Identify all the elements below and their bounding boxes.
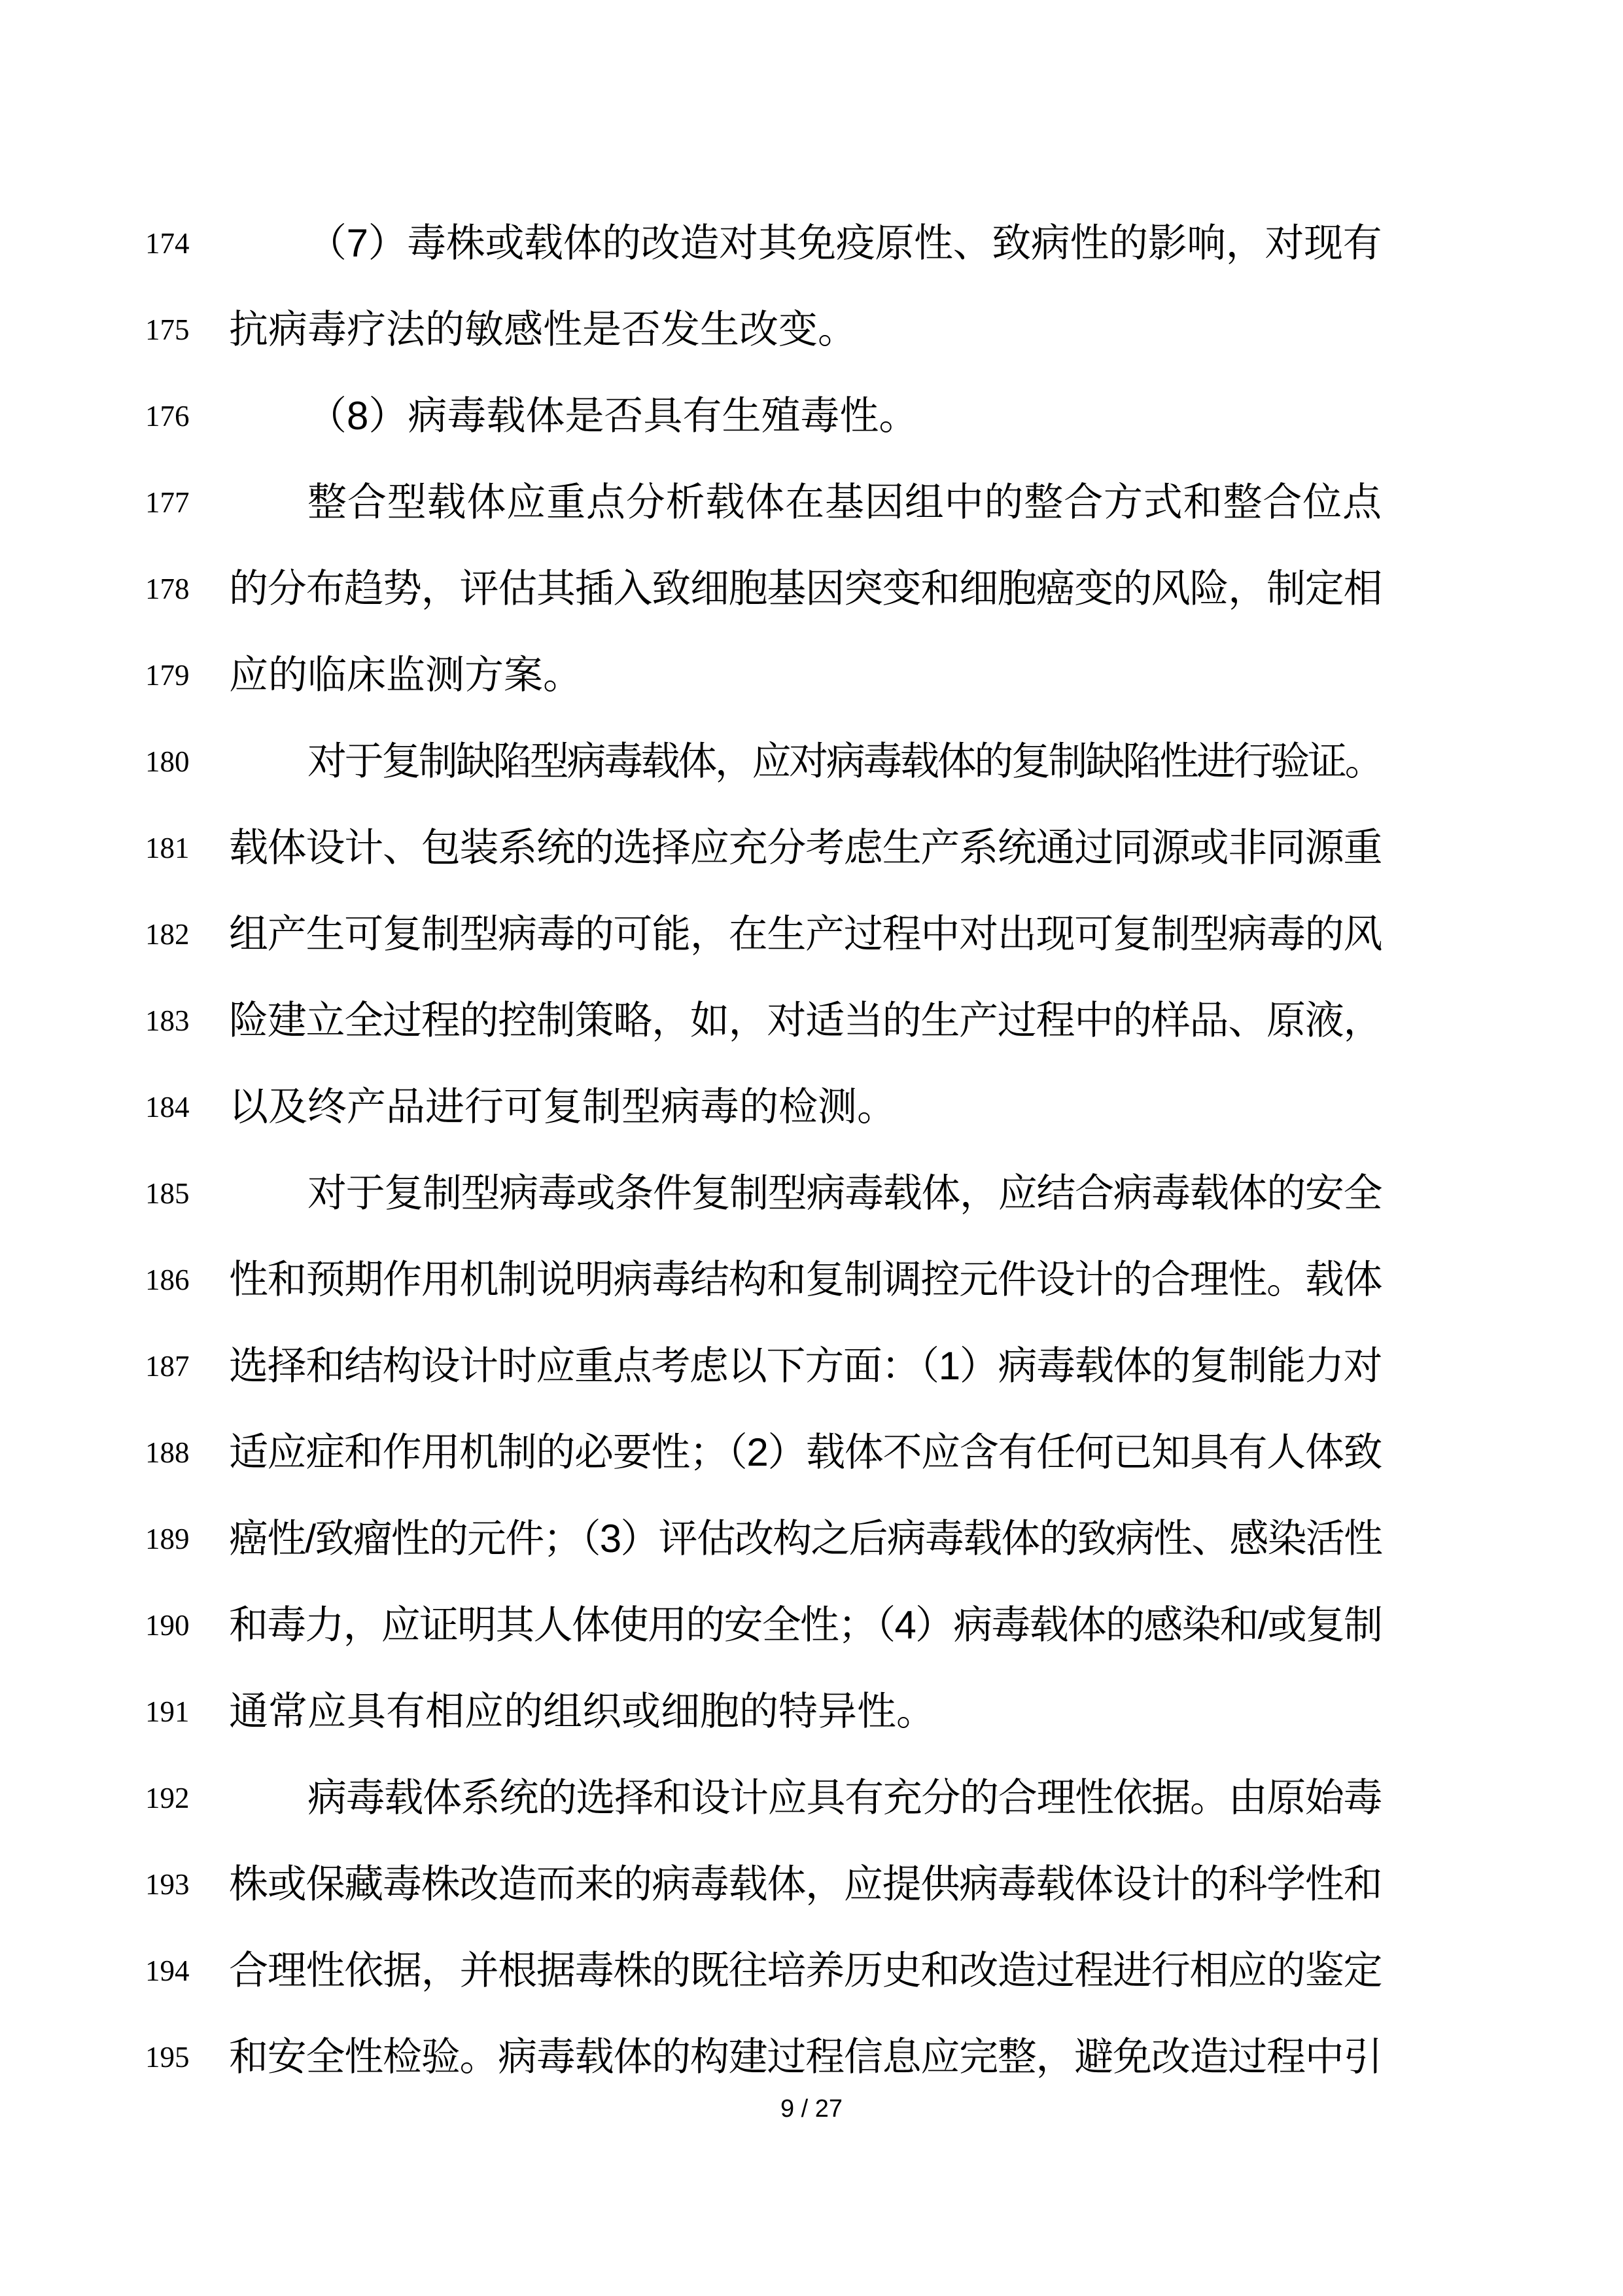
line-number: 178 bbox=[145, 546, 217, 632]
document-line: 178 的分布趋势，评估其插入致细胞基因突变和细胞癌变的风险，制定相 bbox=[0, 546, 1623, 632]
line-text: 应的临床监测方案。 bbox=[229, 632, 1382, 718]
line-text: （7）毒株或载体的改造对其免疫原性、致病性的影响，对现有 bbox=[229, 200, 1382, 287]
line-number: 184 bbox=[145, 1064, 217, 1150]
document-line: 177 整合型载体应重点分析载体在基因组中的整合方式和整合位点 bbox=[0, 459, 1623, 546]
line-number: 175 bbox=[145, 287, 217, 373]
document-line: 176 （8）病毒载体是否具有生殖毒性。 bbox=[0, 373, 1623, 459]
document-line: 190 和毒力，应证明其人体使用的安全性；（4）病毒载体的感染和/或复制 bbox=[0, 1582, 1623, 1669]
line-number: 192 bbox=[145, 1755, 217, 1841]
document-line: 183 险建立全过程的控制策略，如，对适当的生产过程中的样品、原液， bbox=[0, 978, 1623, 1064]
line-number: 191 bbox=[145, 1669, 217, 1755]
line-text: 合理性依据，并根据毒株的既往培养历史和改造过程进行相应的鉴定 bbox=[229, 1928, 1382, 2014]
line-number: 180 bbox=[145, 718, 217, 805]
document-line: 188 适应症和作用机制的必要性；（2）载体不应含有任何已知具有人体致 bbox=[0, 1409, 1623, 1496]
line-number: 189 bbox=[145, 1496, 217, 1582]
line-number: 190 bbox=[145, 1582, 217, 1669]
line-text: 选择和结构设计时应重点考虑以下方面：（1）病毒载体的复制能力对 bbox=[229, 1323, 1382, 1409]
line-number: 187 bbox=[145, 1323, 217, 1409]
line-number: 182 bbox=[145, 891, 217, 978]
document-page: 174 （7）毒株或载体的改造对其免疫原性、致病性的影响，对现有 175 抗病毒… bbox=[0, 0, 1623, 2296]
line-text: 整合型载体应重点分析载体在基因组中的整合方式和整合位点 bbox=[229, 459, 1382, 546]
document-line: 179 应的临床监测方案。 bbox=[0, 632, 1623, 718]
document-line: 192 病毒载体系统的选择和设计应具有充分的合理性依据。由原始毒 bbox=[0, 1755, 1623, 1841]
line-number: 185 bbox=[145, 1150, 217, 1237]
line-text: 对于复制缺陷型病毒载体，应对病毒载体的复制缺陷性进行验证。 bbox=[229, 718, 1382, 805]
document-line: 186 性和预期作用机制说明病毒结构和复制调控元件设计的合理性。载体 bbox=[0, 1237, 1623, 1323]
line-text: 抗病毒疗法的敏感性是否发生改变。 bbox=[229, 287, 1382, 373]
line-number: 176 bbox=[145, 373, 217, 459]
document-line: 187 选择和结构设计时应重点考虑以下方面：（1）病毒载体的复制能力对 bbox=[0, 1323, 1623, 1409]
line-text: 通常应具有相应的组织或细胞的特异性。 bbox=[229, 1669, 1382, 1755]
line-number: 186 bbox=[145, 1237, 217, 1323]
line-number: 179 bbox=[145, 632, 217, 718]
document-line: 193 株或保藏毒株改造而来的病毒载体，应提供病毒载体设计的科学性和 bbox=[0, 1841, 1623, 1928]
line-text: 癌性/致瘤性的元件；（3）评估改构之后病毒载体的致病性、感染活性 bbox=[229, 1496, 1382, 1582]
line-text: 病毒载体系统的选择和设计应具有充分的合理性依据。由原始毒 bbox=[229, 1755, 1382, 1841]
line-number: 177 bbox=[145, 459, 217, 546]
line-text: 对于复制型病毒或条件复制型病毒载体，应结合病毒载体的安全 bbox=[229, 1150, 1382, 1237]
document-line: 181 载体设计、包装系统的选择应充分考虑生产系统通过同源或非同源重 bbox=[0, 805, 1623, 891]
line-text: 载体设计、包装系统的选择应充分考虑生产系统通过同源或非同源重 bbox=[229, 805, 1382, 891]
document-line: 184 以及终产品进行可复制型病毒的检测。 bbox=[0, 1064, 1623, 1150]
document-line: 182 组产生可复制型病毒的可能，在生产过程中对出现可复制型病毒的风 bbox=[0, 891, 1623, 978]
line-number: 193 bbox=[145, 1841, 217, 1928]
line-text: 组产生可复制型病毒的可能，在生产过程中对出现可复制型病毒的风 bbox=[229, 891, 1382, 978]
document-line: 180 对于复制缺陷型病毒载体，应对病毒载体的复制缺陷性进行验证。 bbox=[0, 718, 1623, 805]
line-number: 183 bbox=[145, 978, 217, 1064]
line-text: （8）病毒载体是否具有生殖毒性。 bbox=[229, 373, 1382, 459]
line-text: 的分布趋势，评估其插入致细胞基因突变和细胞癌变的风险，制定相 bbox=[229, 546, 1382, 632]
line-text: 和毒力，应证明其人体使用的安全性；（4）病毒载体的感染和/或复制 bbox=[229, 1582, 1382, 1669]
line-number: 188 bbox=[145, 1409, 217, 1496]
line-number: 194 bbox=[145, 1928, 217, 2014]
document-line: 189 癌性/致瘤性的元件；（3）评估改构之后病毒载体的致病性、感染活性 bbox=[0, 1496, 1623, 1582]
document-line: 174 （7）毒株或载体的改造对其免疫原性、致病性的影响，对现有 bbox=[0, 200, 1623, 287]
document-line: 185 对于复制型病毒或条件复制型病毒载体，应结合病毒载体的安全 bbox=[0, 1150, 1623, 1237]
line-text: 株或保藏毒株改造而来的病毒载体，应提供病毒载体设计的科学性和 bbox=[229, 1841, 1382, 1928]
line-number: 174 bbox=[145, 200, 217, 287]
line-number: 181 bbox=[145, 805, 217, 891]
line-text: 性和预期作用机制说明病毒结构和复制调控元件设计的合理性。载体 bbox=[229, 1237, 1382, 1323]
page-number: 9 / 27 bbox=[0, 2073, 1623, 2145]
line-text: 以及终产品进行可复制型病毒的检测。 bbox=[229, 1064, 1382, 1150]
line-text: 险建立全过程的控制策略，如，对适当的生产过程中的样品、原液， bbox=[229, 978, 1382, 1064]
document-line: 194 合理性依据，并根据毒株的既往培养历史和改造过程进行相应的鉴定 bbox=[0, 1928, 1623, 2014]
document-line: 191 通常应具有相应的组织或细胞的特异性。 bbox=[0, 1669, 1623, 1755]
line-text: 适应症和作用机制的必要性；（2）载体不应含有任何已知具有人体致 bbox=[229, 1409, 1382, 1496]
document-line: 175 抗病毒疗法的敏感性是否发生改变。 bbox=[0, 287, 1623, 373]
